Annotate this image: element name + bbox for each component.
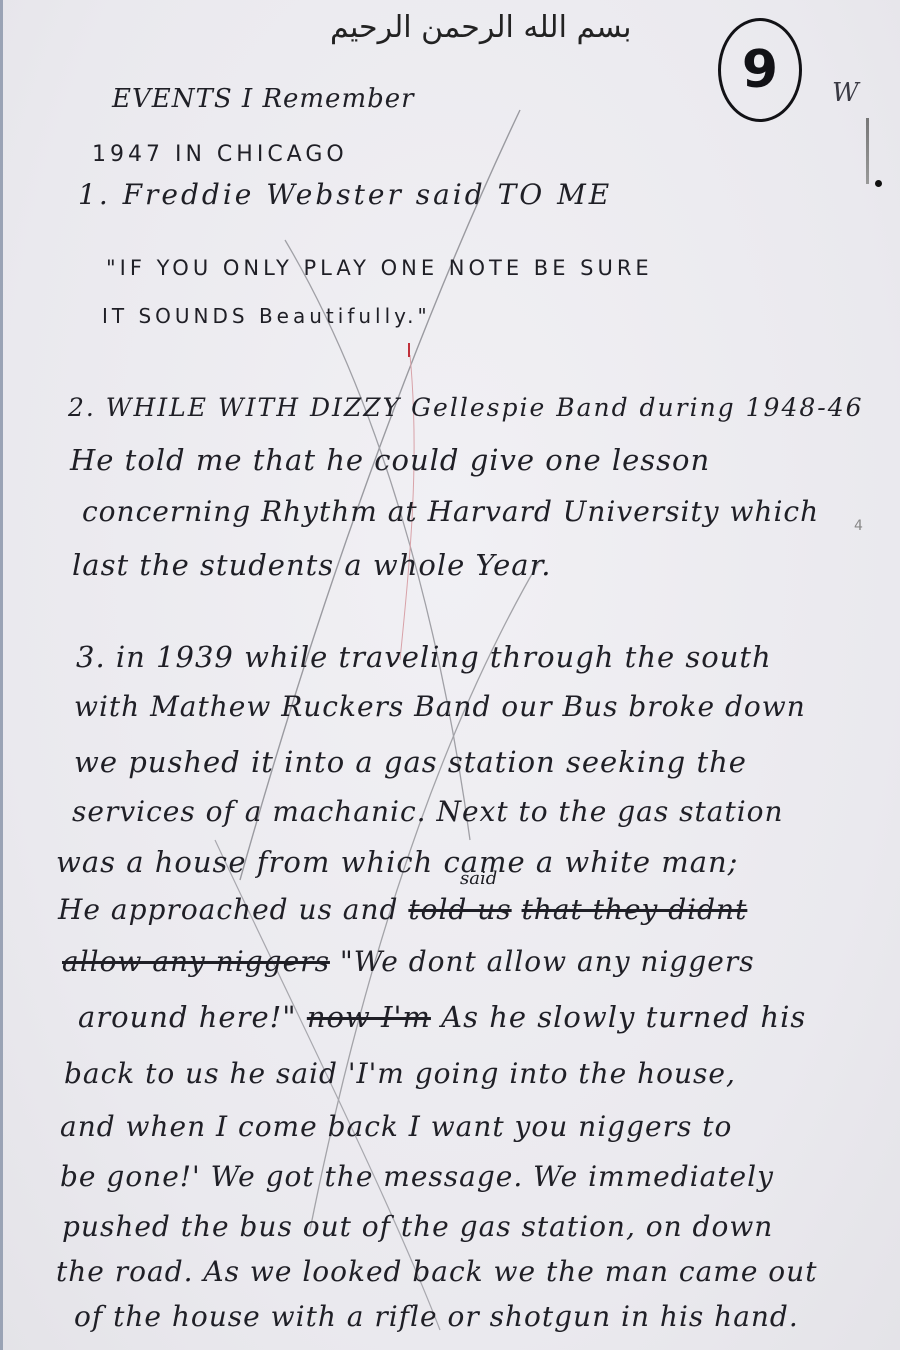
section-1-heading: 1947 IN CHICAGO — [92, 142, 348, 167]
section-3-line-3: we pushed it into a gas station seeking … — [74, 745, 747, 779]
section-2-line-4: last the students a whole Year. — [72, 548, 552, 582]
section-3-line-12: pushed the bus out of the gas station, o… — [62, 1210, 773, 1243]
inserted-word: said — [460, 868, 497, 889]
struck-text: now I'm — [307, 1000, 431, 1034]
margin-small-mark: 4 — [854, 518, 863, 534]
red-pen-mark — [408, 343, 410, 357]
margin-dot — [875, 180, 882, 187]
margin-stroke — [866, 118, 869, 184]
line-text: He approached us and — [58, 893, 398, 926]
struck-text: told us — [408, 893, 511, 926]
section-2-line-2: He told me that he could give one lesson — [70, 443, 710, 477]
section-3-line-11: be gone!' We got the message. We immedia… — [60, 1160, 774, 1193]
section-3-line-9: back to us he said 'I'm going into the h… — [64, 1057, 736, 1090]
section-3-line-5: was a house from which came a white man; — [56, 845, 738, 879]
line-text: "We dont allow any niggers — [340, 945, 755, 978]
section-3-line-14: of the house with a rifle or shotgun in … — [74, 1300, 799, 1333]
section-1-line-2: "IF YOU ONLY PLAY ONE NOTE BE SURE — [106, 256, 653, 280]
section-2-line-3: concerning Rhythm at Harvard University … — [82, 495, 819, 528]
section-3-line-13: the road. As we looked back we the man c… — [56, 1255, 817, 1288]
section-1-line-1: 1. Freddie Webster said TO ME — [78, 178, 612, 211]
section-1-line-3: IT SOUNDS Beautifully." — [102, 304, 431, 328]
section-3-line-7: allow any niggers "We dont allow any nig… — [62, 945, 755, 978]
line-text: around here!" — [78, 1000, 297, 1034]
section-2-line-1: 2. WHILE WITH DIZZY Gellespie Band durin… — [68, 393, 864, 422]
section-3-line-2: with Mathew Ruckers Band our Bus broke d… — [74, 690, 806, 723]
section-3-line-8: around here!" now I'm As he slowly turne… — [78, 1000, 806, 1034]
section-3-line-4: services of a machanic. Next to the gas … — [72, 795, 784, 828]
circled-page-number: 9 — [718, 18, 802, 122]
arabic-header: بسم الله الرحمن الرحيم — [330, 10, 632, 45]
page-title: EVENTS I Remember — [112, 84, 415, 114]
margin-initial-w: W — [832, 78, 859, 108]
section-3-line-10: and when I come back I want you niggers … — [60, 1110, 732, 1143]
manuscript-page: بسم الله الرحمن الرحيم 9 W 4 EVENTS I Re… — [0, 0, 900, 1350]
struck-text: allow any niggers — [62, 945, 330, 978]
struck-text: that they didnt — [522, 893, 748, 926]
section-3-line-6: He approached us and told us that they d… — [58, 893, 747, 926]
page-edge — [0, 0, 3, 1350]
section-3-line-1: 3. in 1939 while traveling through the s… — [76, 640, 772, 674]
line-text: As he slowly turned his — [441, 1000, 806, 1034]
